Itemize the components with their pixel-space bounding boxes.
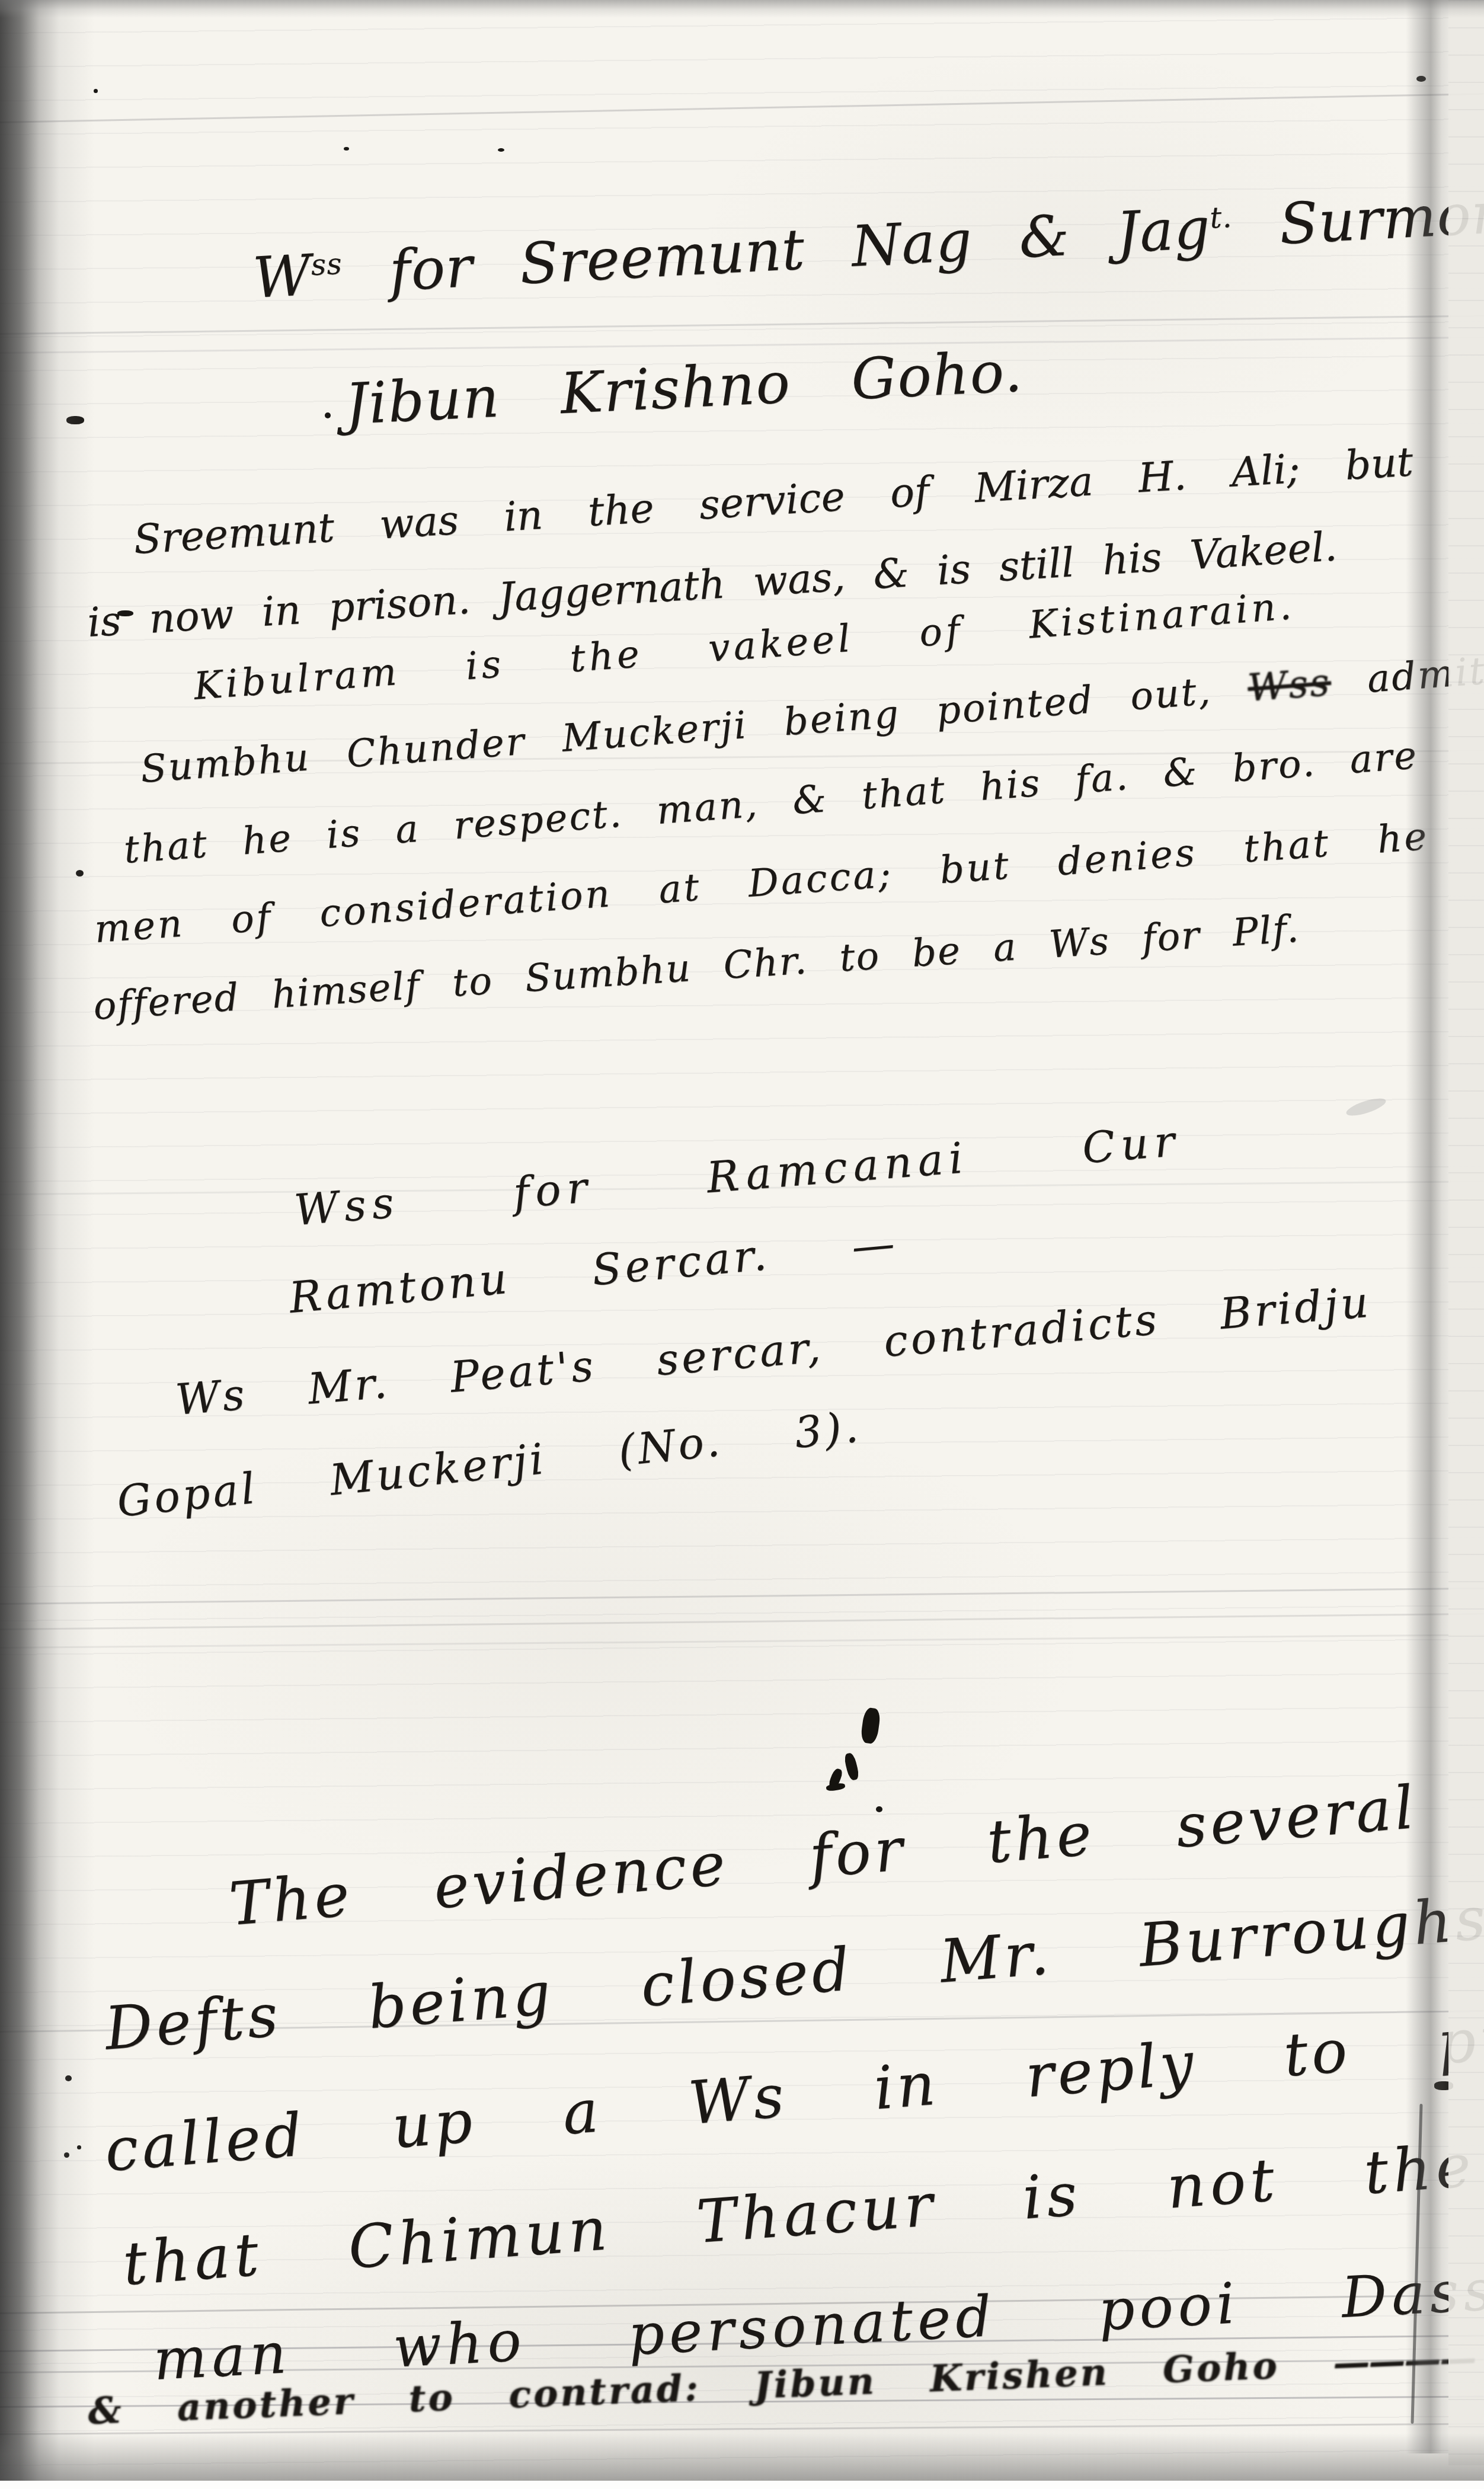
ruled-line — [0, 1613, 1484, 1630]
adjacent-page-edge — [1448, 0, 1484, 2465]
struck-out-word: Wss — [1246, 661, 1333, 711]
ink-speck — [498, 148, 504, 152]
page-torn-edge — [1406, 0, 1451, 2453]
scan-shadow-bottom — [0, 2433, 1484, 2481]
binding-shadow-left — [0, 0, 95, 2489]
heading-word-ws: W — [251, 243, 313, 311]
heading-superscript-t: t. — [1209, 200, 1233, 235]
ink-speck — [117, 610, 133, 616]
pencil-mark — [1345, 1095, 1388, 1119]
scan-edge-top — [0, 0, 1484, 18]
heading-superscript-ss: ss — [310, 247, 343, 283]
ruled-line — [0, 315, 1484, 335]
mid-heading-line-2: Ramtonu Sercar. — — [287, 1218, 900, 1323]
manuscript-page: Wss for Sreemunt Nag & Jagt. Surmono. Ji… — [0, 0, 1484, 2489]
heading-line-2: Jibun Krishno Goho. — [344, 339, 1025, 437]
ink-blot — [843, 1752, 861, 1781]
ruled-line — [0, 337, 1484, 354]
ink-speck — [344, 147, 349, 151]
ruled-line — [0, 1588, 1484, 1605]
scan-bed-strip — [0, 2481, 1484, 2489]
ink-blot — [860, 1707, 881, 1744]
ink-speck — [325, 412, 331, 418]
ruled-line — [0, 1634, 1484, 1649]
heading-line-1: Wss for Sreemunt Nag & Jagt. Surmono. — [251, 178, 1484, 311]
mid-heading-line-1: Wss for Ramcanai Cur — [292, 1116, 1182, 1235]
ruled-line — [0, 93, 1484, 123]
ink-speck — [876, 1806, 882, 1812]
